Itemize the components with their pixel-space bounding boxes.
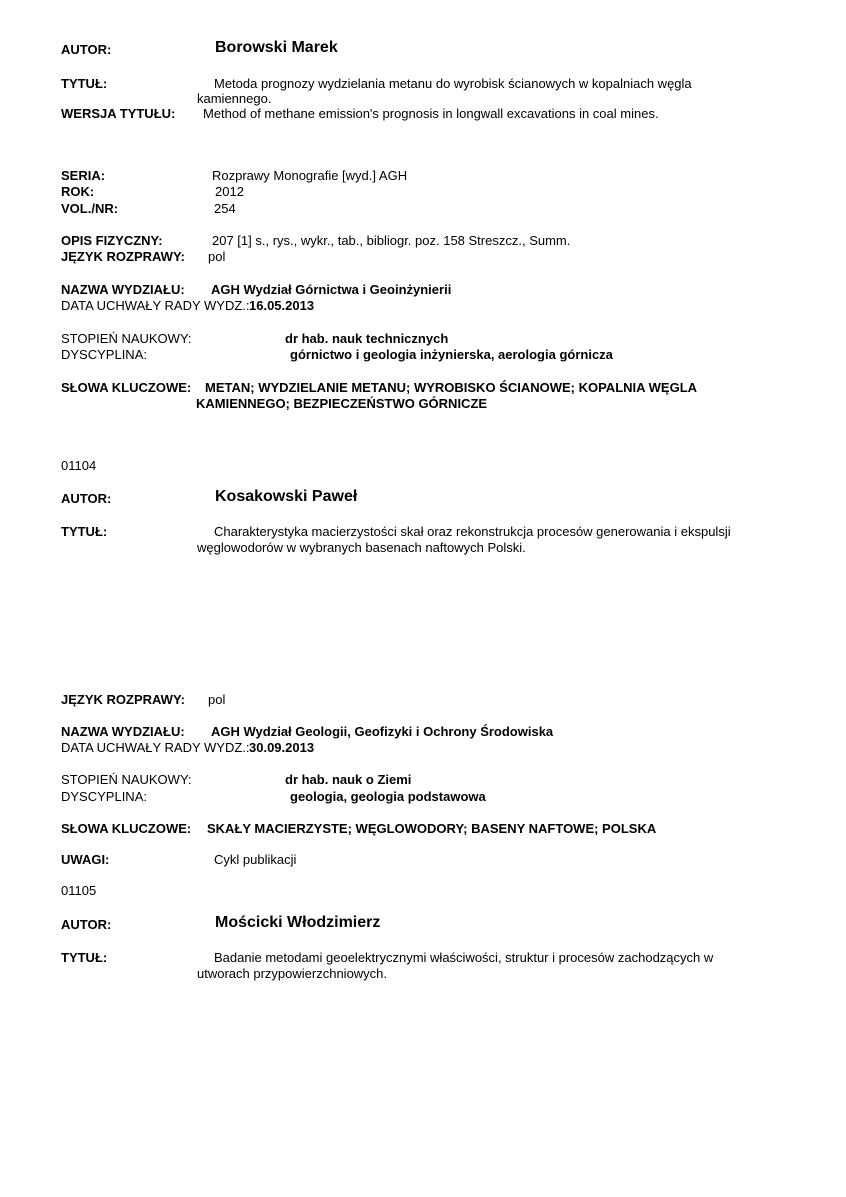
faculty-label: NAZWA WYDZIAŁU: [61,282,185,298]
resolution-date: 16.05.2013 [249,298,314,314]
language-label: JĘZYK ROZPRAWY: [61,692,185,708]
title-line-1: Metoda prognozy wydzielania metanu do wy… [214,76,692,92]
author-label: AUTOR: [61,917,111,933]
faculty-label: NAZWA WYDZIAŁU: [61,724,185,740]
resolution-date-label: DATA UCHWAŁY RADY WYDZ.: [61,298,250,314]
author-label: AUTOR: [61,491,111,507]
keywords-line-1: SKAŁY MACIERZYSTE; WĘGLOWODORY; BASENY N… [207,821,656,837]
title-line-2: węglowodorów w wybranych basenach naftow… [197,540,526,556]
keywords-line-2: KAMIENNEGO; BEZPIECZEŃSTWO GÓRNICZE [196,396,487,412]
language-value: pol [208,692,225,708]
physical-description-label: OPIS FIZYCZNY: [61,233,163,249]
author-name: Mościcki Włodzimierz [215,915,380,931]
keywords-line-1: METAN; WYDZIELANIE METANU; WYROBISKO ŚCI… [205,380,697,396]
author-label: AUTOR: [61,42,111,58]
title-label: TYTUŁ: [61,950,107,966]
discipline-value: górnictwo i geologia inżynierska, aerolo… [290,347,613,363]
language-label: JĘZYK ROZPRAWY: [61,249,185,265]
title-label: TYTUŁ: [61,524,107,540]
degree-label: STOPIEŃ NAUKOWY: [61,331,192,347]
title-version-label: WERSJA TYTUŁU: [61,106,175,122]
keywords-label: SŁOWA KLUCZOWE: [61,821,191,837]
title-label: TYTUŁ: [61,76,107,92]
volume-value: 254 [214,201,236,217]
record-number: 01104 [61,458,96,474]
volume-label: VOL./NR: [61,201,118,217]
notes-label: UWAGI: [61,852,109,868]
title-version: Method of methane emission's prognosis i… [203,106,659,122]
discipline-value: geologia, geologia podstawowa [290,789,486,805]
degree-label: STOPIEŃ NAUKOWY: [61,772,192,788]
keywords-label: SŁOWA KLUCZOWE: [61,380,191,396]
record-number: 01105 [61,883,96,899]
series-value: Rozprawy Monografie [wyd.] AGH [212,168,407,184]
degree-value: dr hab. nauk o Ziemi [285,772,411,788]
faculty-value: AGH Wydział Górnictwa i Geoinżynierii [211,282,451,298]
resolution-date-label: DATA UCHWAŁY RADY WYDZ.: [61,740,250,756]
title-line-2: utworach przypowierzchniowych. [197,966,387,982]
author-name: Borowski Marek [215,40,338,56]
year-value: 2012 [215,184,244,200]
year-label: ROK: [61,184,94,200]
notes-value: Cykl publikacji [214,852,296,868]
physical-description: 207 [1] s., rys., wykr., tab., bibliogr.… [212,233,570,249]
discipline-label: DYSCYPLINA: [61,789,147,805]
title-line-2: kamiennego. [197,91,271,107]
resolution-date: 30.09.2013 [249,740,314,756]
language-value: pol [208,249,225,265]
faculty-value: AGH Wydział Geologii, Geofizyki i Ochron… [211,724,553,740]
title-line-1: Badanie metodami geoelektrycznymi właści… [214,950,713,966]
series-label: SERIA: [61,168,105,184]
degree-value: dr hab. nauk technicznych [285,331,448,347]
discipline-label: DYSCYPLINA: [61,347,147,363]
title-line-1: Charakterystyka macierzystości skał oraz… [214,524,731,540]
author-name: Kosakowski Paweł [215,489,357,505]
